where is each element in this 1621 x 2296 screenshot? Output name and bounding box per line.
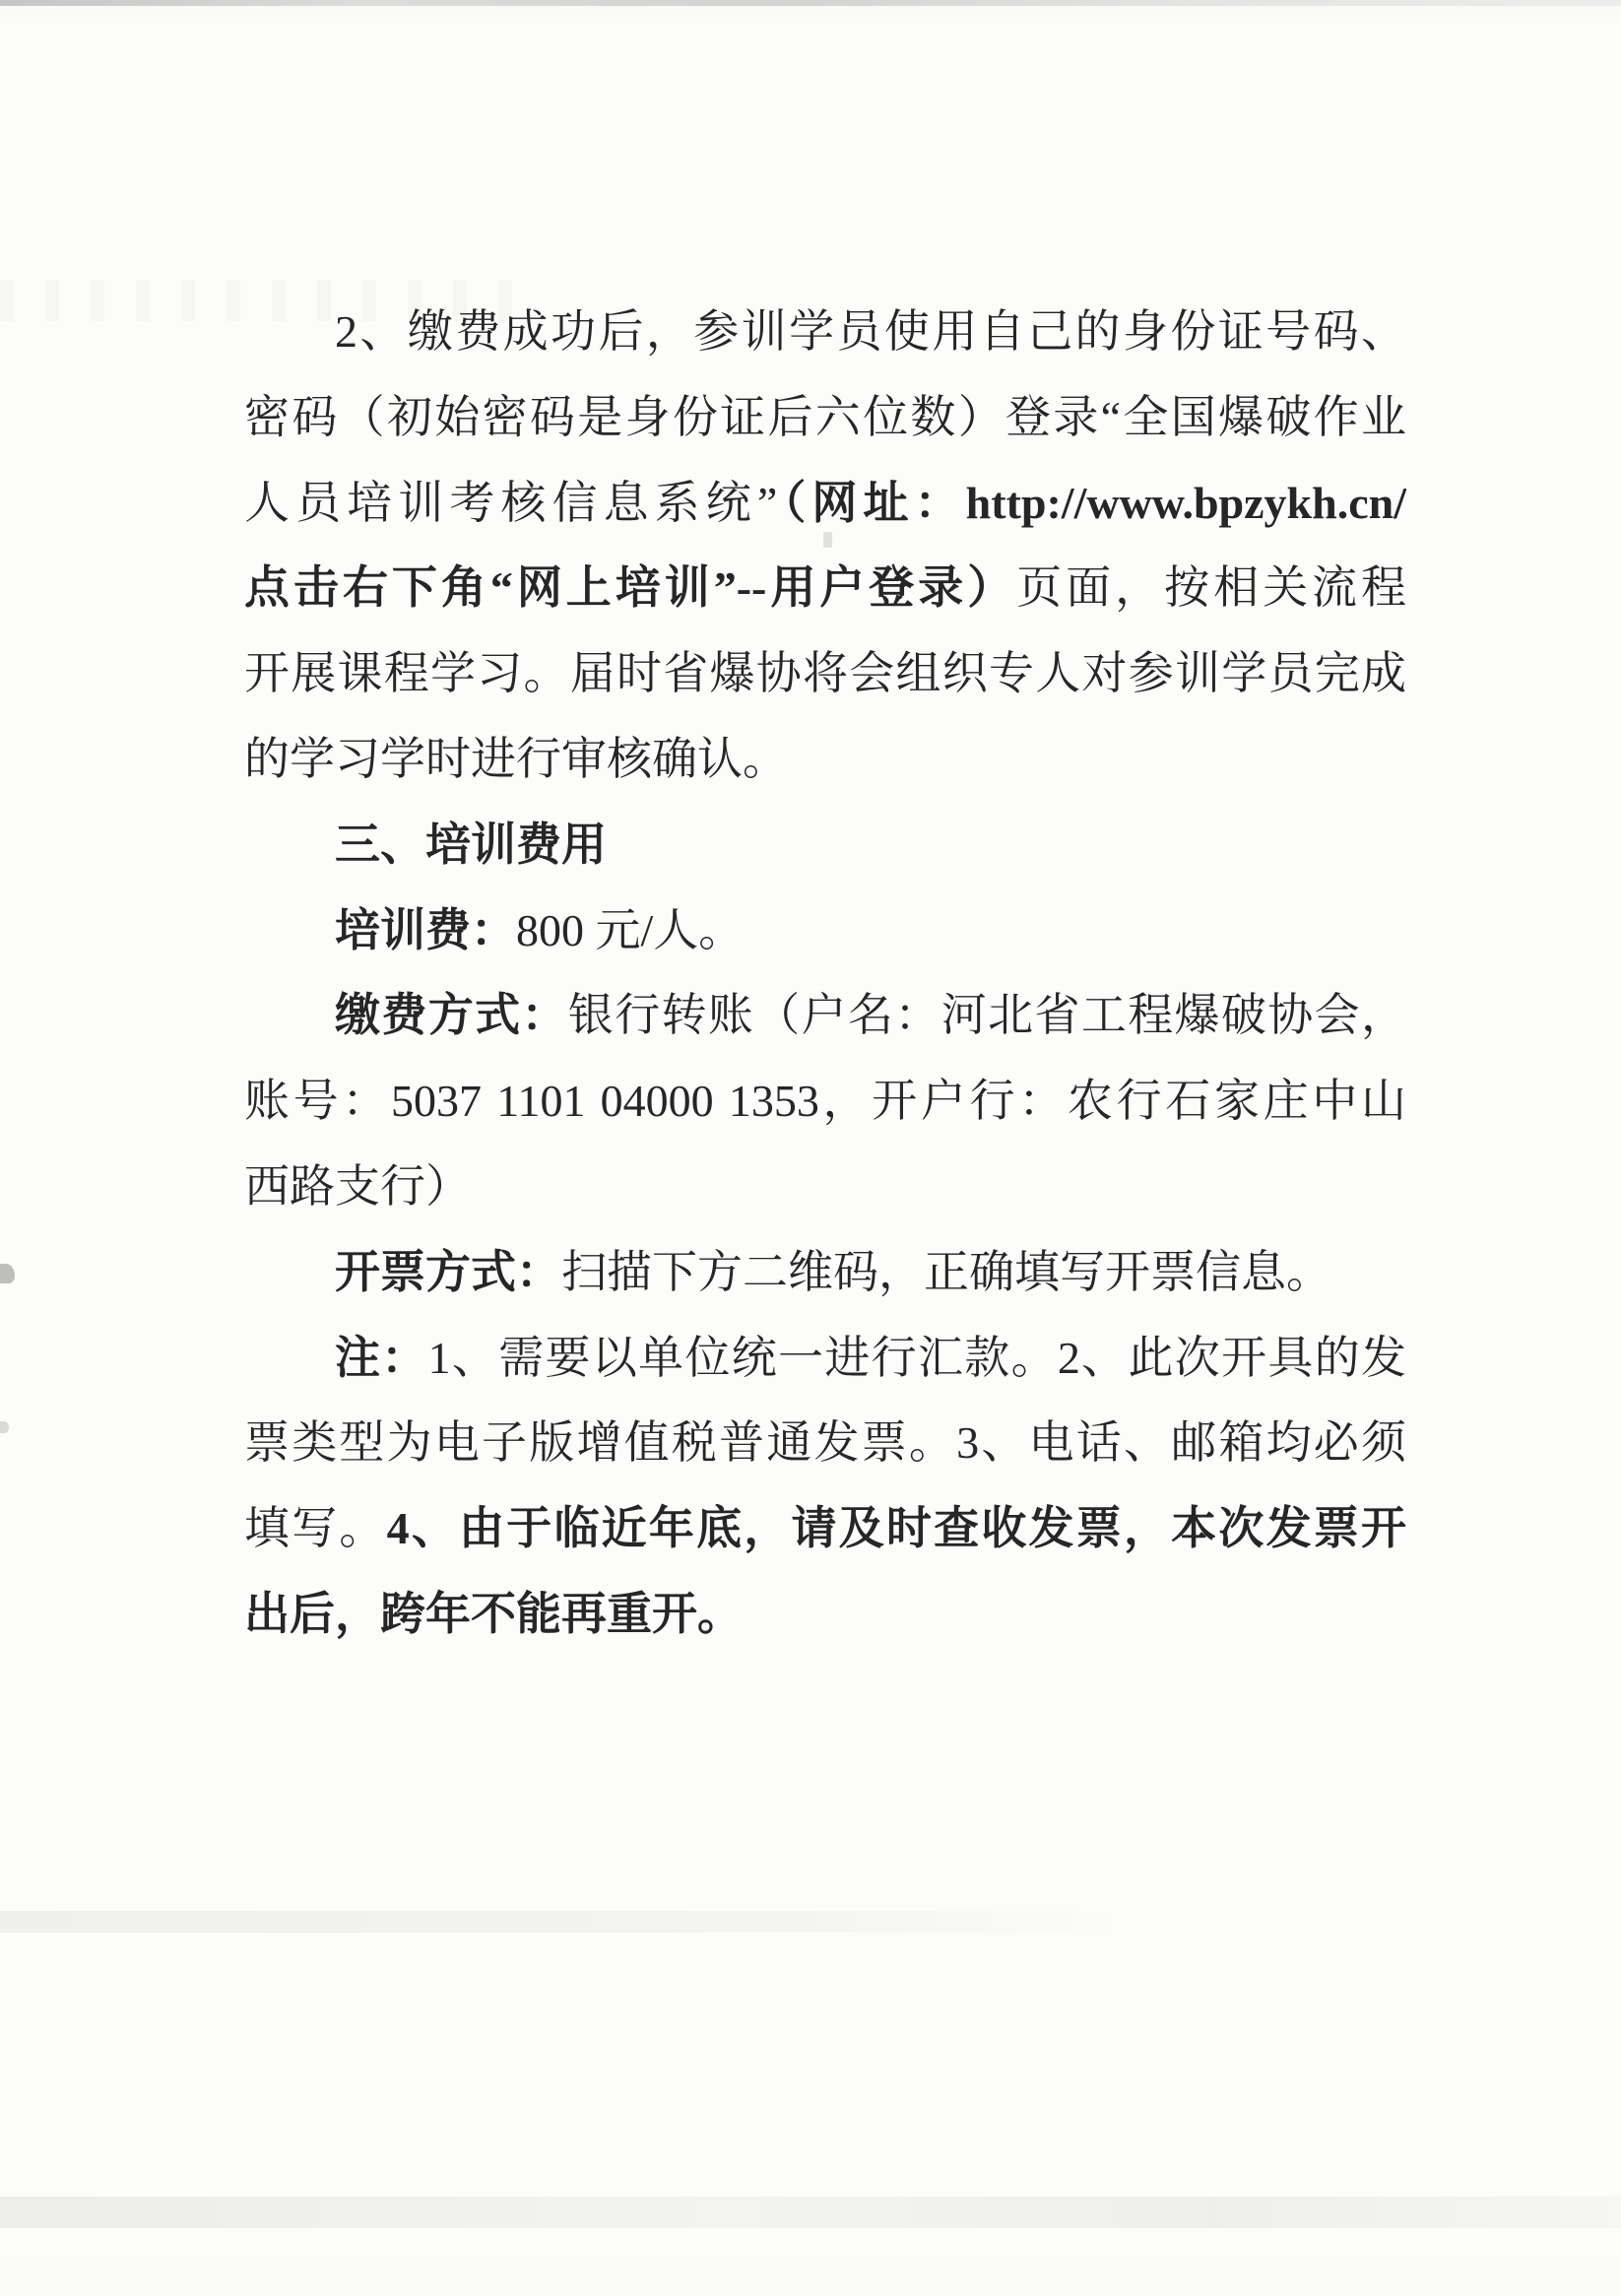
scan-artifact-band-bottom xyxy=(0,2197,1621,2228)
text-segment: 出后，跨年不能再重开。 xyxy=(244,1589,743,1639)
para-payment-line-3: 人员培训考核信息系统”（网址：http://www.bpzykh.cn/ xyxy=(244,461,1406,547)
scan-artifact-band-middle xyxy=(0,1911,1133,1933)
text-segment: 页面，按相关流程 xyxy=(1016,562,1406,613)
text-segment: 开展课程学习。届时省爆协将会组织专人对参训学员完成 xyxy=(244,648,1406,698)
para-payment-line-5: 开展课程学习。届时省爆协将会组织专人对参训学员完成 xyxy=(244,631,1406,717)
text-segment: 人员培训考核信息系统” xyxy=(244,478,777,528)
notes-line-4: 出后，跨年不能再重开。 xyxy=(244,1572,1406,1658)
text-segment: 开票方式： xyxy=(335,1247,561,1297)
document-body: 2、缴费成功后，参训学员使用自己的身份证号码、密码（初始密码是身份证后六位数）登… xyxy=(244,290,1406,1658)
text-segment: 扫描下方二维码，正确填写开票信息。 xyxy=(561,1247,1331,1297)
text-segment: 4、由于临近年底，请及时查收发票，本次发票开 xyxy=(387,1503,1406,1553)
notes-line-2: 票类型为电子版增值税普通发票。3、电话、邮箱均必须 xyxy=(244,1401,1406,1486)
notes-line-3: 填写。4、由于临近年底，请及时查收发票，本次发票开 xyxy=(244,1486,1406,1572)
text-segment: 培训费： xyxy=(335,905,516,955)
text-segment: 800 元/人。 xyxy=(516,905,744,955)
scan-artifact-speck xyxy=(0,1421,9,1433)
para-payment-line-6: 的学习学时进行审核确认。 xyxy=(244,717,1406,803)
text-segment: 缴费方式： xyxy=(335,990,568,1040)
para-payment-line-2: 密码（初始密码是身份证后六位数）登录“全国爆破作业 xyxy=(244,375,1406,461)
invoice-method-line: 开票方式：扫描下方二维码，正确填写开票信息。 xyxy=(244,1230,1406,1316)
fee-amount-line: 培训费：800 元/人。 xyxy=(244,888,1406,974)
text-segment: 2、缴费成功后，参训学员使用自己的身份证号码、 xyxy=(335,306,1406,357)
para-payment-line-4: 点击右下角“网上培训”--用户登录）页面，按相关流程 xyxy=(244,546,1406,631)
scan-artifact-speck xyxy=(0,1264,15,1283)
para-payment-line-1: 2、缴费成功后，参训学员使用自己的身份证号码、 xyxy=(244,290,1406,375)
text-segment: 账号：5037 1101 04000 1353，开户行：农行石家庄中山 xyxy=(244,1076,1406,1126)
text-segment: 密码（初始密码是身份证后六位数）登录“全国爆破作业 xyxy=(244,392,1406,442)
text-segment: 的学习学时进行审核确认。 xyxy=(244,734,788,784)
text-segment: 注： xyxy=(335,1333,428,1383)
notes-line-1: 注：1、需要以单位统一进行汇款。2、此次开具的发 xyxy=(244,1316,1406,1402)
scan-artifact-top-edge xyxy=(0,0,1621,6)
text-segment: 西路支行） xyxy=(244,1161,471,1212)
text-segment: 1、需要以单位统一进行汇款。2、此次开具的发 xyxy=(428,1333,1406,1383)
text-segment: 银行转账（户名：河北省工程爆破协会， xyxy=(568,990,1406,1040)
section-heading-fees: 三、培训费用 xyxy=(244,803,1406,888)
text-segment: 三、培训费用 xyxy=(335,820,607,870)
text-segment: 票类型为电子版增值税普通发票。3、电话、邮箱均必须 xyxy=(244,1417,1406,1468)
url-text: （网址：http://www.bpzykh.cn/ xyxy=(777,478,1406,528)
text-segment: 点击右下角“网上培训”--用户登录） xyxy=(244,562,1016,613)
payment-method-line-3: 西路支行） xyxy=(244,1145,1406,1230)
text-segment: 填写。 xyxy=(244,1503,387,1553)
scanned-page: 2、缴费成功后，参训学员使用自己的身份证号码、密码（初始密码是身份证后六位数）登… xyxy=(0,0,1621,2296)
payment-method-line-2: 账号：5037 1101 04000 1353，开户行：农行石家庄中山 xyxy=(244,1059,1406,1145)
payment-method-line-1: 缴费方式：银行转账（户名：河北省工程爆破协会， xyxy=(244,973,1406,1059)
